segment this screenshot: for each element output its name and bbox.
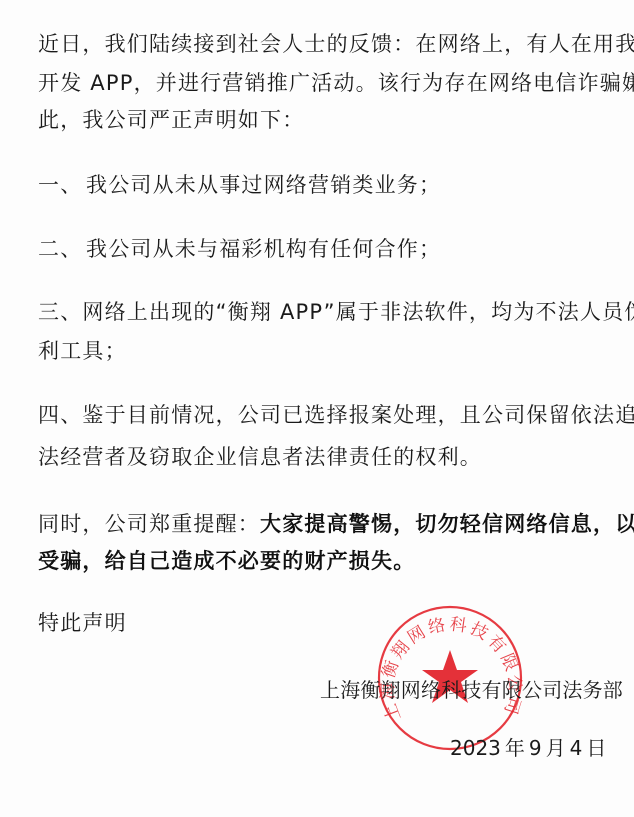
closing-text: 特此声明: [38, 610, 127, 636]
reminder-line-1: 同时，公司郑重提醒：大家提高警惕，切勿轻信网络信息，以免上当: [38, 511, 634, 537]
date-month-unit: 月: [546, 736, 566, 760]
list-item-2: 二、我公司从未与福彩机构有任何合作；: [38, 236, 441, 262]
intro-line-2: 开发 APP，并进行营销推广活动。该行为存在网络电信诈骗嫌疑。在: [38, 70, 634, 96]
list-marker: 三、: [38, 299, 82, 325]
signature-department: 上海衡翔网络科技有限公司法务部: [320, 677, 623, 703]
list-item-text: 我公司从未从事过网络营销类业务；: [86, 173, 441, 197]
list-marker: 四、: [38, 402, 82, 428]
statement-document: 近日，我们陆续接到社会人士的反馈：在网络上，有人在用我司信息 开发 APP，并进…: [0, 0, 634, 817]
list-item-3-continued: 利工具；: [38, 338, 127, 364]
list-item-4: 四、鉴于目前情况，公司已选择报案处理，且公司保留依法追究不非: [38, 402, 634, 428]
list-item-text: 我公司从未与福彩机构有任何合作；: [86, 237, 441, 261]
list-item-4-continued: 法经营者及窃取企业信息者法律责任的权利。: [38, 444, 482, 470]
intro-line-3: 此，我公司严正声明如下：: [38, 107, 304, 133]
date-day-unit: 日: [586, 736, 606, 760]
date-year: 2023: [450, 736, 501, 760]
reminder-line-2: 受骗，给自己造成不必要的财产损失。: [38, 548, 415, 574]
list-item-text: 网络上出现的“衡翔 APP”属于非法软件，均为不法人员伪造牟: [82, 300, 634, 324]
list-item-1: 一、我公司从未从事过网络营销类业务；: [38, 172, 441, 198]
date-year-unit: 年: [505, 736, 525, 760]
reminder-warning: 大家提高警惕，切勿轻信网络信息，以免上当: [260, 512, 634, 536]
list-marker: 一、: [38, 172, 86, 198]
reminder-prefix: 同时，公司郑重提醒：: [38, 512, 260, 536]
intro-line-1: 近日，我们陆续接到社会人士的反馈：在网络上，有人在用我司信息: [38, 31, 634, 57]
list-item-text: 鉴于目前情况，公司已选择报案处理，且公司保留依法追究不非: [82, 403, 634, 427]
list-marker: 二、: [38, 236, 86, 262]
statement-date: 2023年9月4日: [450, 735, 610, 761]
list-item-3: 三、网络上出现的“衡翔 APP”属于非法软件，均为不法人员伪造牟: [38, 299, 634, 325]
date-day: 4: [570, 736, 583, 760]
date-month: 9: [529, 736, 542, 760]
